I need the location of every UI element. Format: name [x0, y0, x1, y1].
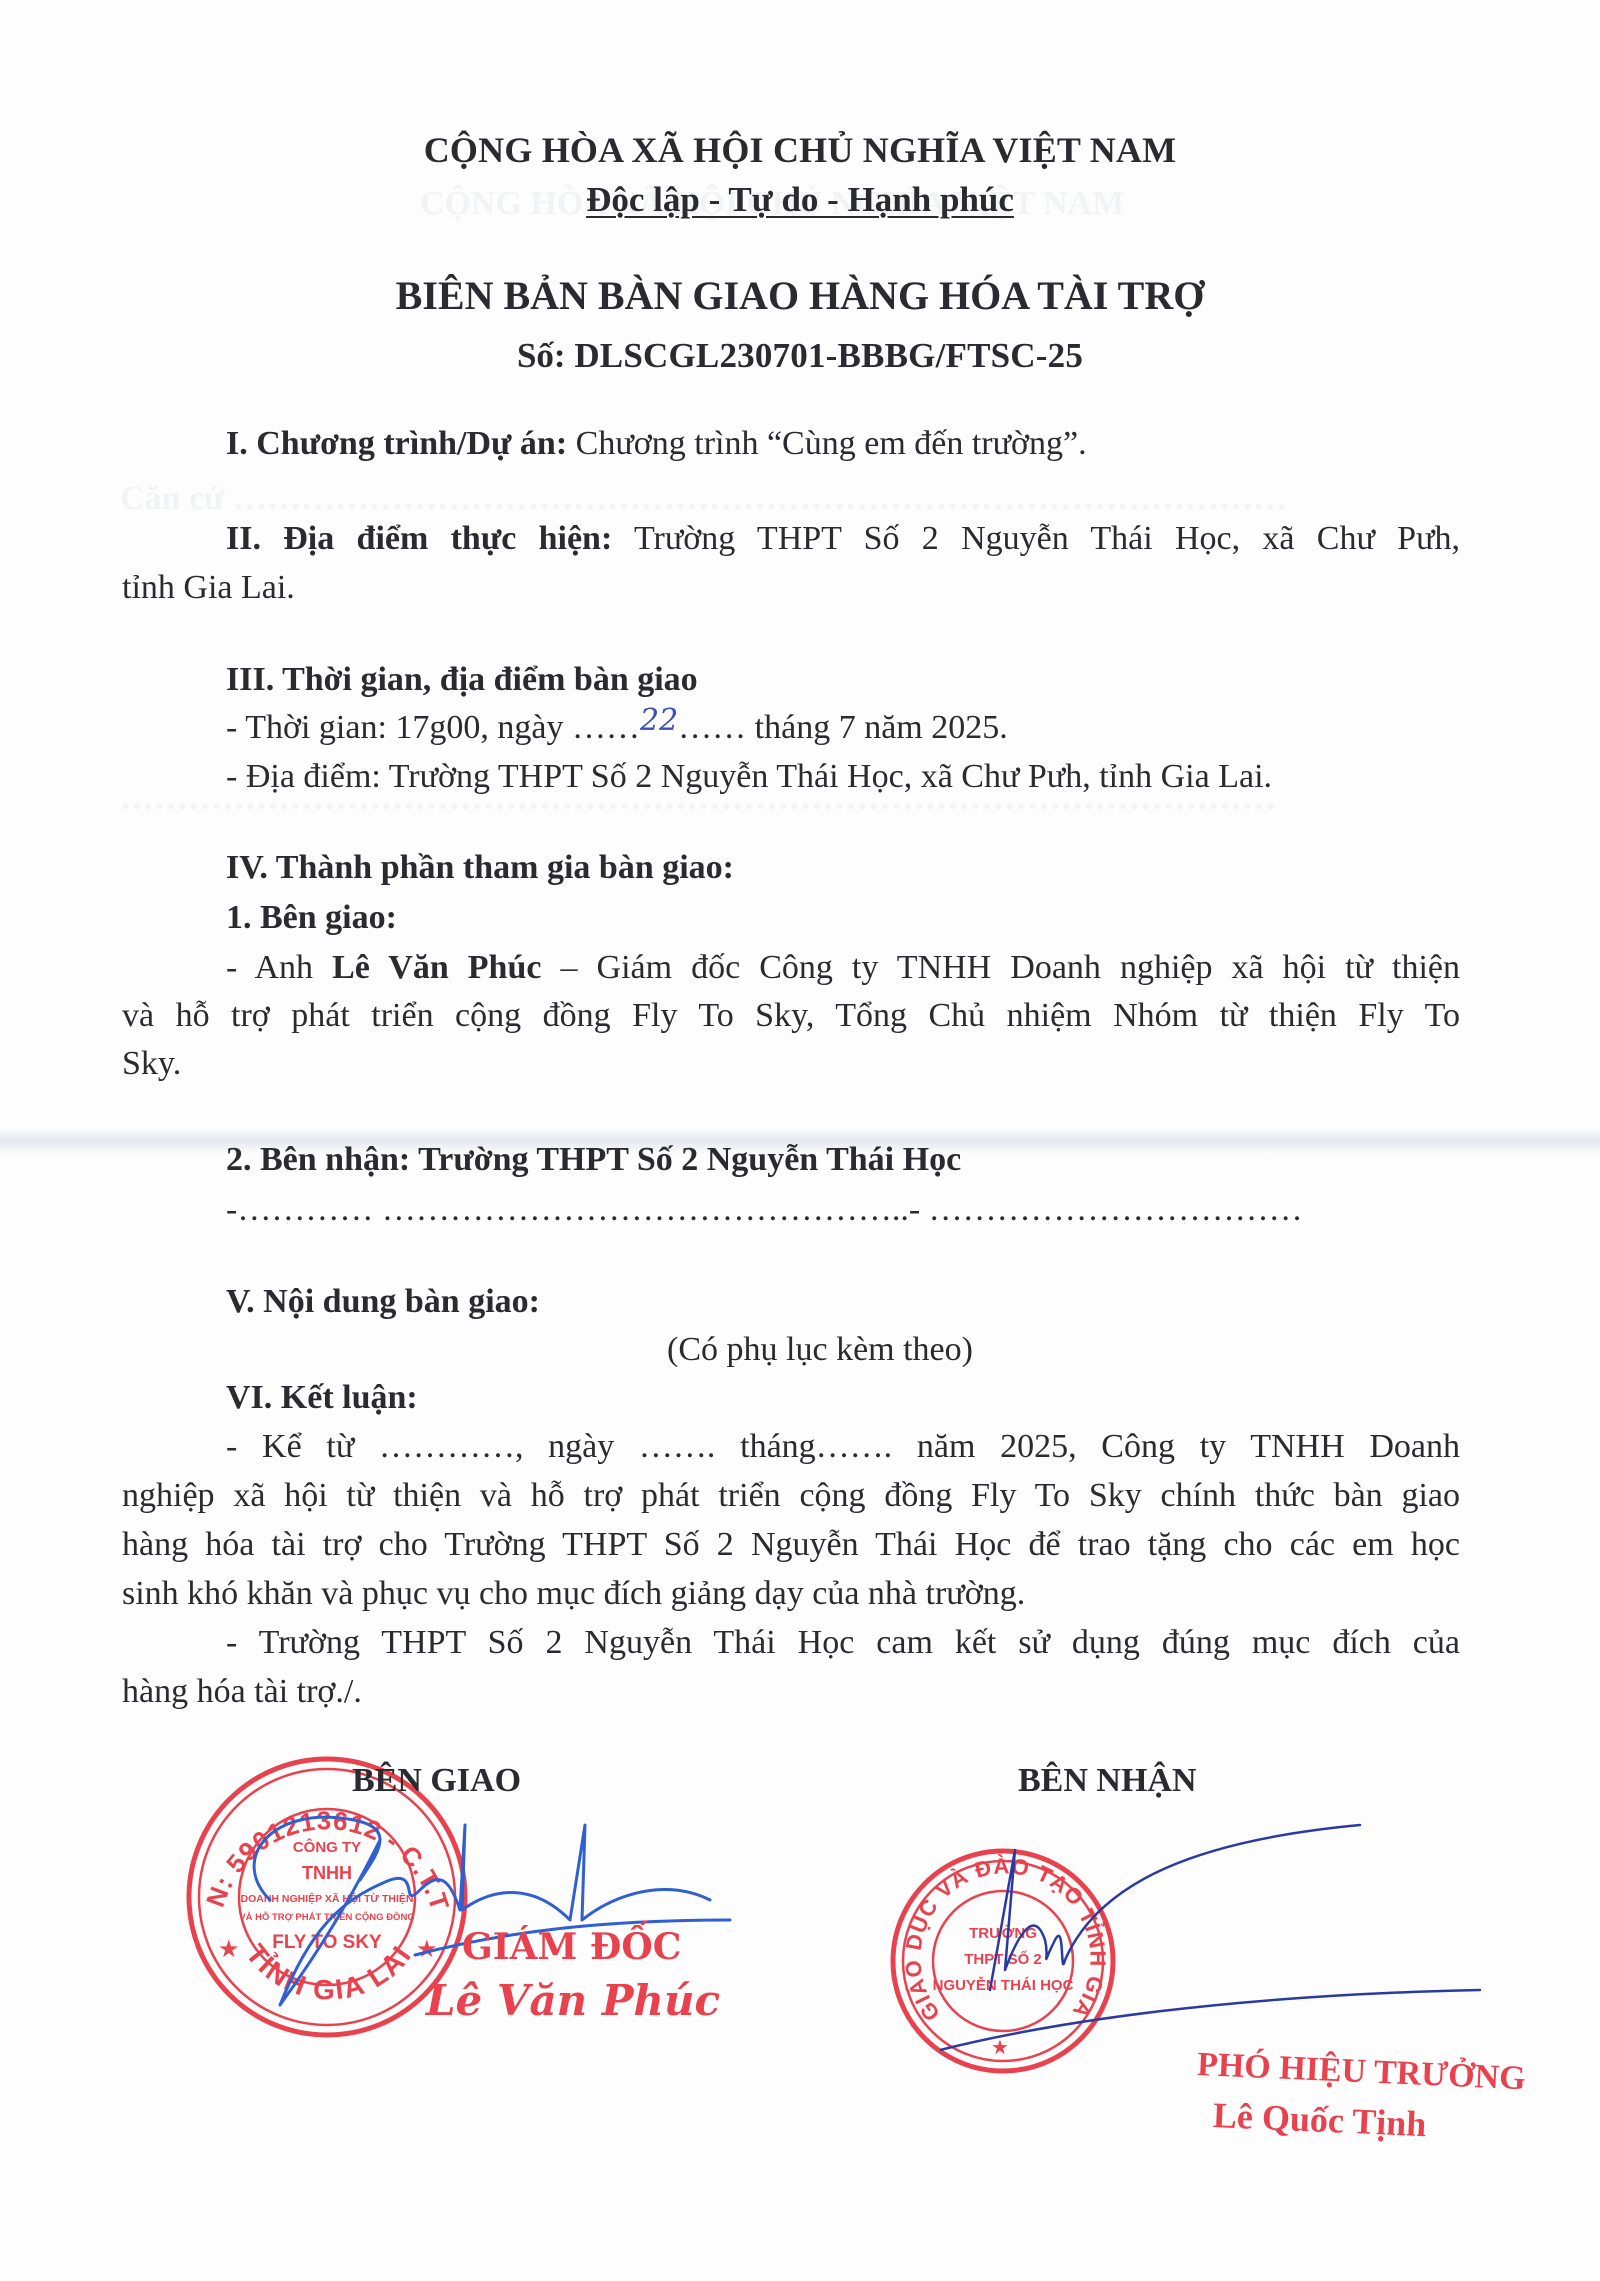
bleed-through-text: Căn cứ …………………………………………………………………………………	[120, 480, 1287, 518]
handwritten-day: 22	[640, 703, 678, 738]
conclusion-p1-line-4: sinh khó khăn và phục vụ cho mục đích gi…	[122, 1574, 1025, 1614]
giver-title: GIÁM ĐỐC	[462, 1926, 681, 1968]
conclusion-p1-line-2: nghiệp xã hội từ thiện và hỗ trợ phát tr…	[122, 1476, 1460, 1516]
section-3-heading: III. Thời gian, địa điểm bàn giao	[226, 660, 698, 700]
document-number: Số: DLSCGL230701-BBBG/FTSC-25	[0, 336, 1600, 376]
section-2-line-2: tỉnh Gia Lai.	[122, 568, 295, 608]
giver-heading: 1. Bên giao:	[226, 898, 397, 938]
motto: Độc lập - Tự do - Hạnh phúc	[0, 180, 1600, 220]
conclusion-p1-line-1: - Kể từ …………, ngày ……. tháng……. năm 2025…	[226, 1427, 1460, 1467]
document-page: CỘNG HÒA XÃ HỘI CHỦ NGHĨA VIỆT NAM Căn c…	[0, 0, 1600, 2281]
handover-time-suffix: …… tháng 7 năm 2025.	[678, 709, 1008, 746]
section-1-heading: I. Chương trình/Dự án:	[226, 425, 567, 462]
giver-printed-name: Lê Văn Phúc	[426, 1976, 720, 2025]
document-number-label: Số:	[517, 336, 574, 375]
section-1: I. Chương trình/Dự án: Chương trình “Cùn…	[226, 424, 1087, 464]
section-5-heading: V. Nội dung bàn giao:	[226, 1282, 540, 1322]
giver-line-1-rest: – Giám đốc Công ty TNHH Doanh nghiệp xã …	[541, 949, 1460, 986]
receiver-blank-line: -………… ………………………………………..- ……………………………	[226, 1190, 1303, 1230]
giver-prefix: - Anh	[226, 949, 332, 986]
giver-name: Lê Văn Phúc	[332, 949, 541, 986]
giver-line-1: - Anh Lê Văn Phúc – Giám đốc Công ty TNH…	[226, 948, 1460, 988]
conclusion-p2-line-2: hàng hóa tài trợ./.	[122, 1672, 362, 1712]
section-2-line-1: II. Địa điểm thực hiện: Trường THPT Số 2…	[226, 519, 1460, 559]
section-4-heading: IV. Thành phần tham gia bàn giao:	[226, 848, 734, 888]
conclusion-p2-line-1: - Trường THPT Số 2 Nguyễn Thái Học cam k…	[226, 1623, 1460, 1663]
section-1-text: Chương trình “Cùng em đến trường”.	[567, 425, 1086, 462]
handover-time-prefix: - Thời gian: 17g00, ngày ……	[226, 709, 640, 746]
appendix-note: (Có phụ lục kèm theo)	[0, 1330, 1600, 1370]
receiver-signature-label: BÊN NHẬN	[1018, 1762, 1197, 1800]
nation-heading: CỘNG HÒA XÃ HỘI CHỦ NGHĨA VIỆT NAM	[0, 130, 1600, 170]
receiver-handwritten-signature	[940, 1820, 1500, 2060]
motto-text: Độc lập - Tự do - Hạnh phúc	[586, 180, 1014, 219]
handover-place: - Địa điểm: Trường THPT Số 2 Nguyễn Thái…	[226, 757, 1272, 797]
conclusion-p1-line-3: hàng hóa tài trợ cho Trường THPT Số 2 Ng…	[122, 1525, 1460, 1565]
section-2-heading: II. Địa điểm thực hiện:	[226, 520, 612, 557]
giver-line-3: Sky.	[122, 1044, 181, 1084]
receiver-heading: 2. Bên nhận: Trường THPT Số 2 Nguyễn Thá…	[226, 1140, 961, 1180]
handover-time: - Thời gian: 17g00, ngày ……22…… tháng 7 …	[226, 708, 1008, 749]
giver-line-2: và hỗ trợ phát triển cộng đồng Fly To Sk…	[122, 996, 1460, 1036]
document-title: BIÊN BẢN BÀN GIAO HÀNG HÓA TÀI TRỢ	[0, 276, 1600, 316]
document-number-code: DLSCGL230701-BBBG/FTSC-25	[574, 336, 1083, 375]
section-2-text: Trường THPT Số 2 Nguyễn Thái Học, xã Chư…	[612, 520, 1460, 557]
section-6-heading: VI. Kết luận:	[226, 1378, 418, 1418]
receiver-printed-name: Lê Quốc Tịnh	[1212, 2094, 1427, 2145]
